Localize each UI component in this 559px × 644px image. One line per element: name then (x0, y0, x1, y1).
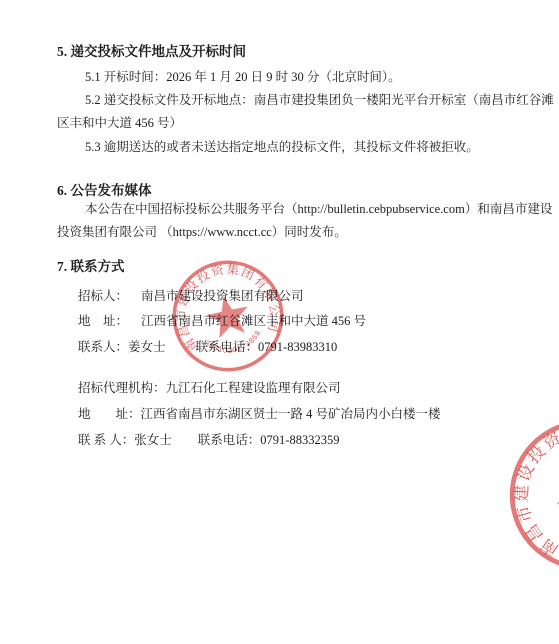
section5-item-5-2: 5.2 递交投标文件及开标地点：南昌市建投集团负一楼阳光平台开标室（南昌市红谷滩… (57, 89, 523, 135)
agent-contact-label: 联 系 人： (78, 433, 134, 447)
section5-item-5-3: 5.3 逾期送达的或者未送达指定地点的投标文件，其投标文件将被拒收。 (57, 136, 551, 159)
seal-company-name: 南昌市建设投资集团有限公司 (485, 396, 559, 566)
paragraph-line: 本公告在中国招标投标公共服务平台（http://bulletin.cebpubs… (57, 198, 523, 221)
bidder-address-row: 地 址：江西省南昌市红谷滩区丰和中大道 456 号 (78, 311, 366, 329)
corner-seal-stamp: 南昌市建设投资集团有限公司 3601020173868 (476, 386, 559, 605)
tender-announcement-page: 5. 递交投标文件地点及开标时间 5.1 开标时间：2026 年 1 月 20 … (0, 0, 559, 644)
agent-address-label: 地 址： (78, 407, 141, 421)
section7-heading: 7. 联系方式 (57, 255, 523, 275)
corner-seal-icon: 南昌市建设投资集团有限公司 3601020173868 (476, 386, 559, 605)
agent-name-label: 招标代理机构： (78, 381, 166, 395)
svg-text:南昌市建设投资集团有限公司: 南昌市建设投资集团有限公司 (485, 396, 559, 566)
bidder-phone-label: 联系电话： (196, 340, 259, 354)
agent-phone-value: 0791-88332359 (260, 433, 339, 447)
agent-contact-row: 联 系 人：张女士联系电话：0791-88332359 (78, 430, 339, 448)
agent-name-row: 招标代理机构：九江石化工程建设监理有限公司 (78, 378, 341, 396)
bidder-name-value: 南昌市建设投资集团有限公司 (141, 289, 304, 303)
bidder-name-label: 招标人： (78, 289, 128, 303)
seal-star-icon (546, 456, 559, 532)
paragraph-line: 区丰和中大道 456 号） (57, 112, 523, 135)
agent-name-value: 九江石化工程建设监理有限公司 (166, 381, 341, 395)
section6-paragraph: 本公告在中国招标投标公共服务平台（http://bulletin.cebpubs… (57, 198, 523, 244)
agent-address-row: 地 址：江西省南昌市东湖区贤士一路 4 号矿冶局内小白楼一楼 (78, 404, 441, 422)
bidder-address-value: 江西省南昌市红谷滩区丰和中大道 456 号 (141, 314, 366, 328)
bidder-phone-value: 0791-83983310 (258, 340, 337, 354)
paragraph-line: 5.2 递交投标文件及开标地点：南昌市建投集团负一楼阳光平台开标室（南昌市红谷滩 (57, 89, 523, 112)
bidder-name-row: 招标人：南昌市建设投资集团有限公司 (78, 286, 304, 304)
section5-item-5-1: 5.1 开标时间：2026 年 1 月 20 日 9 时 30 分（北京时间）。 (57, 66, 551, 89)
agent-contact-value: 张女士 (134, 433, 172, 447)
section5-heading: 5. 递交投标文件地点及开标时间 (57, 40, 523, 60)
bidder-contact-row: 联系人：姜女士联系电话：0791-83983310 (78, 337, 337, 355)
bidder-contact-value: 姜女士 (128, 340, 166, 354)
section6-heading: 6. 公告发布媒体 (57, 179, 523, 199)
bidder-contact-label: 联系人： (78, 340, 128, 354)
agent-phone-label: 联系电话： (198, 433, 261, 447)
agent-address-value: 江西省南昌市东湖区贤士一路 4 号矿冶局内小白楼一楼 (141, 407, 441, 421)
paragraph-line: 投资集团有限公司 （https://www.ncct.cc）同时发布。 (57, 221, 523, 244)
bidder-address-label: 地 址： (78, 314, 128, 328)
